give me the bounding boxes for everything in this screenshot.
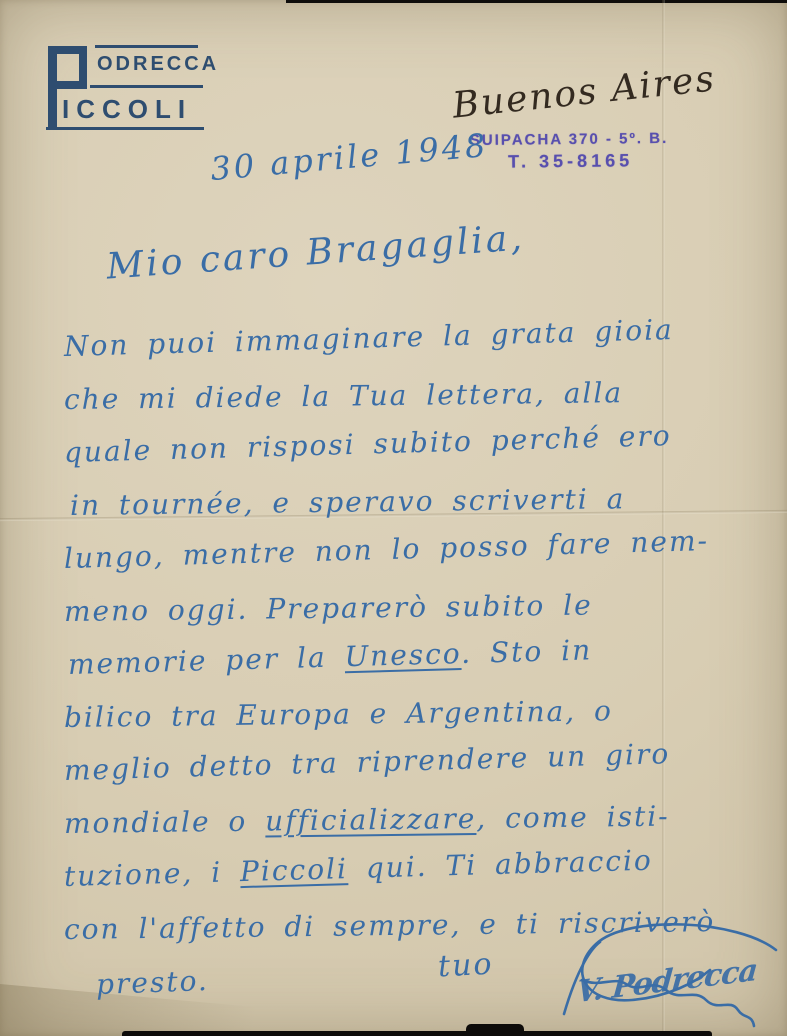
signoff-word: tuo xyxy=(437,947,494,985)
letterhead-word-iccoli: ICCOLI xyxy=(62,94,192,125)
stamp-address-line: SUIPACHA 370 - 5º. B. xyxy=(470,130,669,149)
letterhead-rule-bottom xyxy=(46,127,204,130)
letterhead-word-odrecca: ODRECCA xyxy=(97,53,219,76)
date-line: 30 aprile 1948 xyxy=(209,126,490,188)
letterhead-logo: ODRECCA ICCOLI xyxy=(46,42,211,134)
corner-fold-shadow xyxy=(0,956,470,1036)
letter-body: Non puoi immaginare la grata gioiache mi… xyxy=(64,320,754,956)
letter-paper: ODRECCA ICCOLI Buenos Aires SUIPACHA 370… xyxy=(0,0,787,1036)
letterhead-rule-top xyxy=(95,45,198,48)
letter-line: Non puoi immaginare la grata gioia xyxy=(63,301,754,373)
stamp-phone-line: T. 35-8165 xyxy=(470,150,669,173)
paper-edge-top xyxy=(286,0,787,3)
letterhead-rule-middle xyxy=(90,85,203,88)
letter-p-stem xyxy=(48,46,57,130)
handwritten-city: Buenos Aires xyxy=(451,58,718,126)
closing-word: presto. xyxy=(95,964,209,1001)
signature: V. Podrecca xyxy=(548,918,783,1033)
address-stamp: SUIPACHA 370 - 5º. B. T. 35-8165 xyxy=(470,130,669,173)
paper-edge-notch xyxy=(466,1024,524,1036)
paper-edge-bottom xyxy=(122,1031,712,1036)
scanned-letter: ODRECCA ICCOLI Buenos Aires SUIPACHA 370… xyxy=(0,0,787,1036)
salutation: Mio caro Bragaglia, xyxy=(105,217,526,287)
